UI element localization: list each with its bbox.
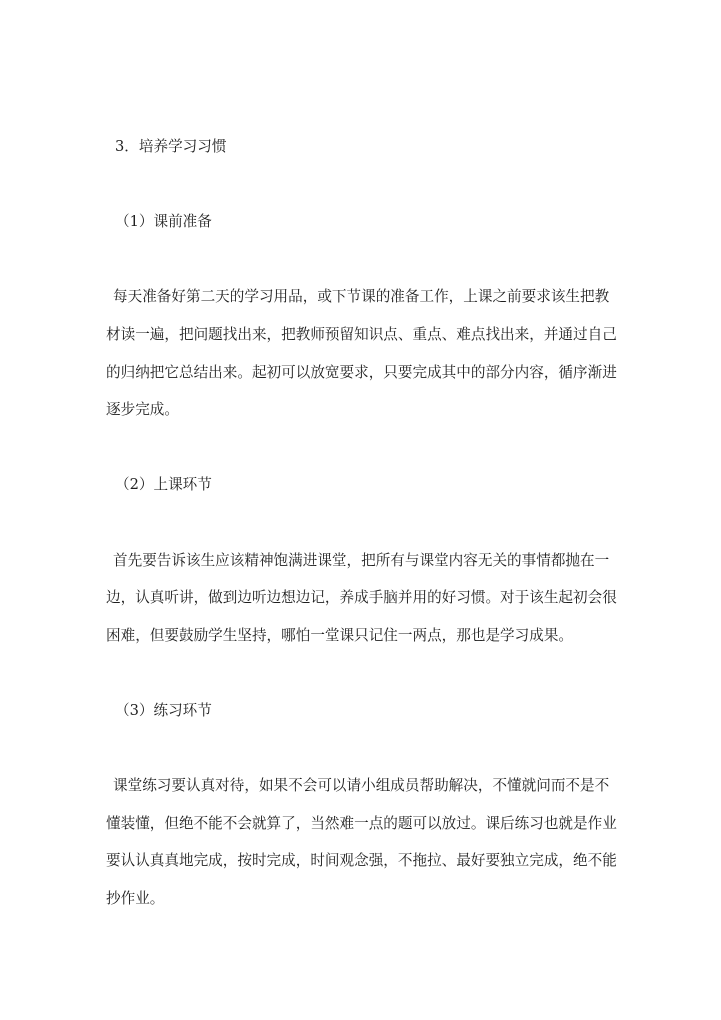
document-page: 3．培养学习习惯（1）课前准备每天准备好第二天的学习用品，或下节课的准备工作，上… (0, 0, 721, 1020)
paragraph-line: 的归纳把它总结出来。起初可以放宽要求，只要完成其中的部分内容，循序渐进 (106, 354, 626, 392)
paragraph-line: 首先要告诉该生应该精神饱满进课堂，把所有与课堂内容无关的事情都抛在一 (106, 542, 626, 580)
paragraph-line: 要认认真真地完成，按时完成，时间观念强，不拖拉、最好要独立完成，绝不能 (106, 842, 626, 880)
paragraph: 每天准备好第二天的学习用品，或下节课的准备工作，上课之前要求该生把教材读一遍，把… (106, 278, 626, 428)
paragraph-line: 材读一遍，把问题找出来，把教师预留知识点、重点、难点找出来，并通过自己 (106, 316, 626, 354)
paragraph-line: 课堂练习要认真对待，如果不会可以请小组成员帮助解决，不懂就问而不是不 (106, 767, 626, 805)
paragraph-line: 每天准备好第二天的学习用品，或下节课的准备工作，上课之前要求该生把教 (106, 278, 626, 316)
paragraph-line: 逐步完成。 (106, 391, 626, 429)
section-heading: （1）课前准备 (106, 203, 626, 241)
section-heading: 3．培养学习习惯 (106, 128, 626, 166)
document-content: 3．培养学习习惯（1）课前准备每天准备好第二天的学习用品，或下节课的准备工作，上… (0, 0, 721, 917)
section-heading: （3）练习环节 (106, 692, 626, 730)
paragraph-line: 边，认真听讲，做到边听边想边记，养成手脑并用的好习惯。对于该生起初会很 (106, 579, 626, 617)
paragraph-line: 懂装懂，但绝不能不会就算了，当然难一点的题可以放过。课后练习也就是作业 (106, 805, 626, 843)
paragraph: 课堂练习要认真对待，如果不会可以请小组成员帮助解决，不懂就问而不是不懂装懂，但绝… (106, 767, 626, 917)
section-heading: （2）上课环节 (106, 466, 626, 504)
paragraph-line: 困难，但要鼓励学生坚持，哪怕一堂课只记住一两点，那也是学习成果。 (106, 617, 626, 655)
paragraph-line: 抄作业。 (106, 880, 626, 918)
paragraph: 首先要告诉该生应该精神饱满进课堂，把所有与课堂内容无关的事情都抛在一边，认真听讲… (106, 542, 626, 655)
